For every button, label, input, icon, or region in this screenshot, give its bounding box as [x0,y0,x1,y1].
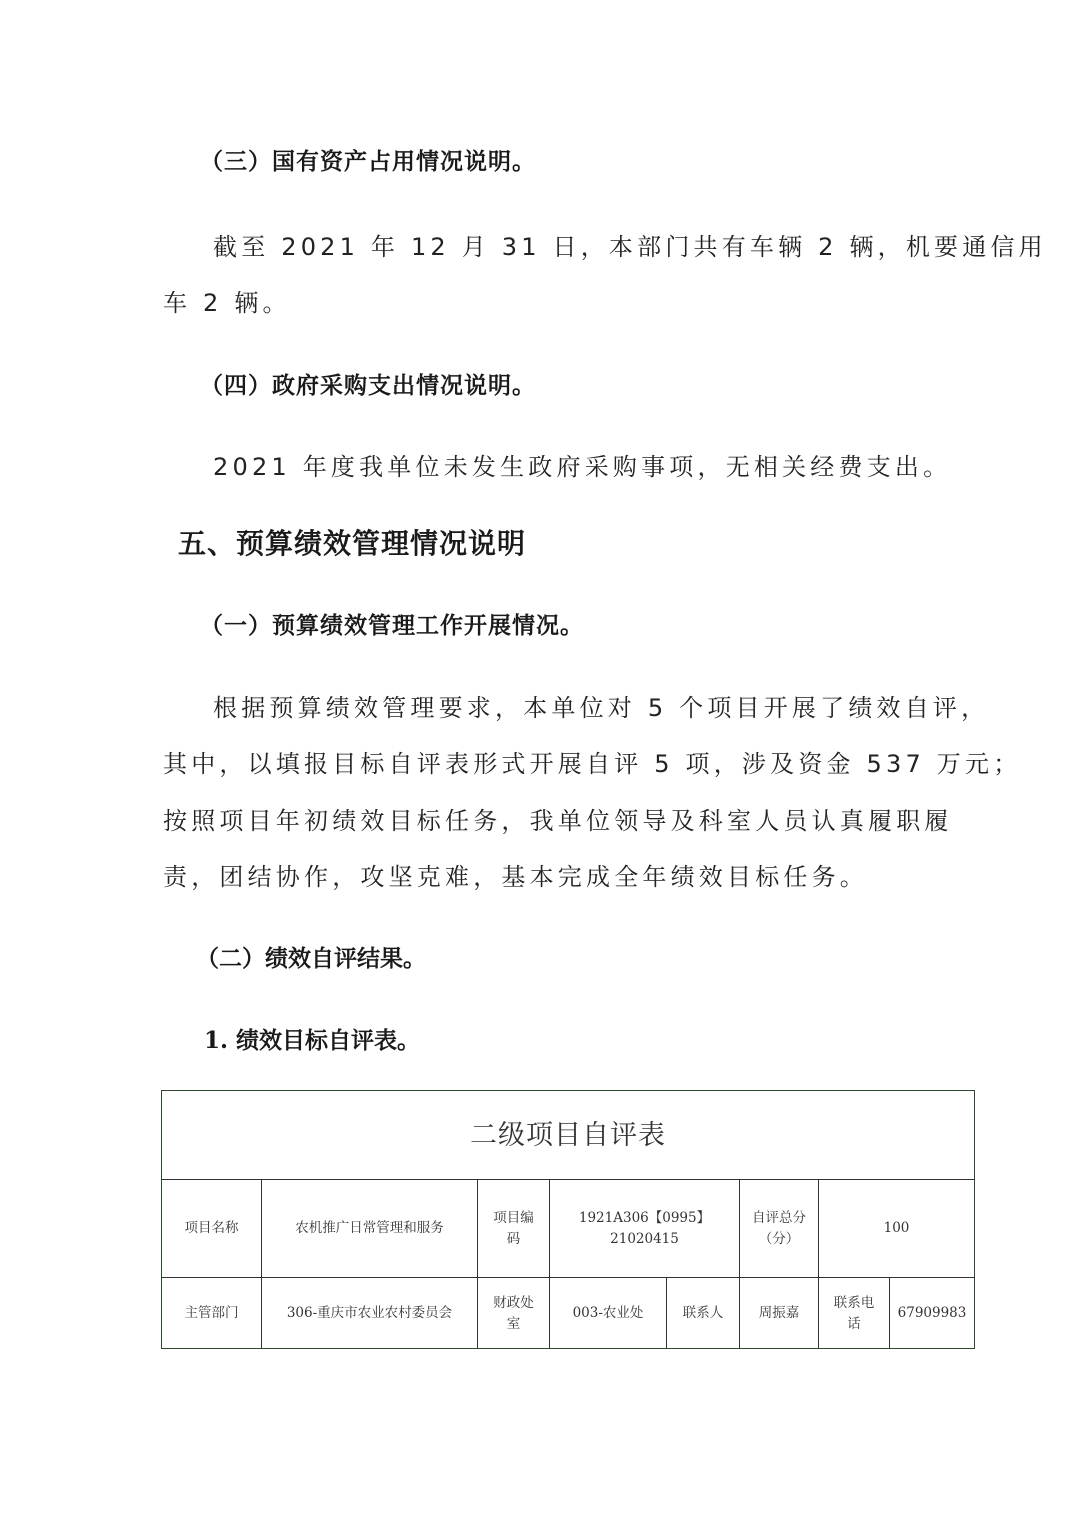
section-3-heading: （三）国有资产占用情况说明。 [200,143,536,176]
section-4-paragraph: 2021 年度我单位未发生政府采购事项，无相关经费支出。 [213,447,951,482]
project-name-label: 项目名称 [162,1180,261,1277]
total-score-label-line-2: （分） [759,1229,800,1250]
chapter-5-section-2-heading: （二）绩效自评结果。 [196,940,426,973]
section-3-paragraph-line-2: 车 2 辆。 [163,283,291,318]
section-3-paragraph-line-1: 截至 2021 年 12 月 31 日，本部门共有车辆 2 辆，机要通信用 [213,227,1047,262]
contact-value: 周振嘉 [740,1278,818,1349]
chapter-5-section-2-subheading-1: 1. 绩效目标自评表。 [204,1022,420,1055]
chapter-5-section-1-paragraph-line-3: 按照项目年初绩效目标任务，我单位领导及科室人员认真履职履 [163,801,953,836]
chapter-5-section-1-paragraph-line-2: 其中，以填报目标自评表形式开展自评 5 项，涉及资金 537 万元； [163,744,1021,779]
table-title: 二级项目自评表 [162,1091,974,1179]
department-value: 306-重庆市农业农村委员会 [262,1278,477,1349]
finance-office-value: 003-农业处 [550,1278,666,1349]
finance-office-label: 财政处室 [478,1278,549,1349]
section-4-heading: （四）政府采购支出情况说明。 [200,367,536,400]
total-score-label: 自评总分 （分） [740,1180,818,1277]
project-code-label: 项目编码 [478,1180,549,1277]
phone-label: 联系电话 [819,1278,889,1349]
chapter-5-section-1-paragraph-line-4: 责，团结协作，攻坚克难，基本完成全年绩效目标任务。 [163,857,868,892]
total-score-value: 100 [819,1180,974,1277]
project-name-value: 农机推广日常管理和服务 [262,1180,477,1277]
phone-value: 67909983 [890,1278,974,1349]
contact-label: 联系人 [667,1278,739,1349]
project-code-value-line-1: 1921A306【0995】 [579,1208,710,1229]
chapter-5-section-1-paragraph-line-1: 根据预算绩效管理要求，本单位对 5 个项目开展了绩效自评， [213,688,989,723]
chapter-5-heading: 五、预算绩效管理情况说明 [178,522,526,562]
total-score-label-line-1: 自评总分 [752,1208,806,1229]
project-code-value-line-2: 21020415 [610,1229,679,1250]
self-evaluation-table: 二级项目自评表 项目名称 农机推广日常管理和服务 项目编码 1921A306【0… [161,1090,975,1349]
project-code-value: 1921A306【0995】 21020415 [550,1180,739,1277]
department-label: 主管部门 [162,1278,261,1349]
chapter-5-section-1-heading: （一）预算绩效管理工作开展情况。 [200,607,584,640]
